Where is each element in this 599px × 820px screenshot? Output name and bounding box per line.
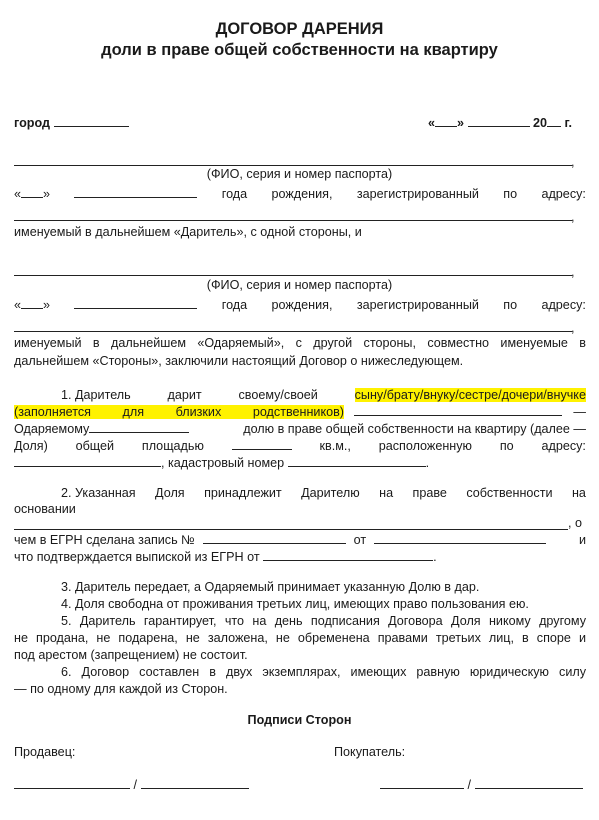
word: года: [222, 298, 247, 312]
word: Доля): [14, 439, 48, 453]
party2-day-blank[interactable]: [21, 297, 43, 309]
party1-birth-blank[interactable]: [74, 186, 197, 198]
address-blank[interactable]: [14, 455, 161, 467]
cadastral-blank[interactable]: [288, 455, 426, 467]
seller-name-blank[interactable]: [141, 777, 249, 789]
text: долю в праве общей собственности на квар…: [243, 422, 586, 436]
quote-open: «: [428, 116, 435, 130]
word: рождения,: [272, 298, 333, 312]
text: от: [354, 533, 367, 547]
fill-note-highlight: (заполняется для близких родственников): [14, 405, 344, 419]
clause5-line2: не продана, не подарена, не заложена, не…: [14, 631, 586, 645]
seller-label: Продавец:: [14, 745, 75, 759]
party2-birth-blank[interactable]: [74, 297, 197, 309]
party2-birth-row: «» года рождения, зарегистрированный по …: [14, 297, 586, 312]
relative-blank[interactable]: [354, 404, 562, 416]
word: кв.м.,: [320, 439, 351, 453]
city-field: город: [14, 115, 129, 130]
word: близких: [176, 405, 222, 419]
word: площадью: [142, 439, 204, 453]
clause5-line3: под арестом (запрещением) не состоит.: [14, 648, 248, 662]
word: по: [503, 187, 517, 201]
party1-birth-day: «»: [14, 186, 50, 201]
party2-name-line[interactable]: [14, 275, 572, 276]
clause1-line2: (заполняется для близких родственников) …: [14, 404, 586, 419]
word: Дарителю: [301, 486, 360, 500]
buyer-signature: /: [380, 777, 583, 792]
text: что подтверждается выпиской из ЕГРН от: [14, 550, 260, 564]
seller-signature-blank[interactable]: [14, 777, 130, 789]
quote-close: »: [457, 116, 464, 130]
party2-address-line[interactable]: [14, 331, 572, 332]
extract-date-blank[interactable]: [263, 549, 433, 561]
party2-birth-day: «»: [14, 297, 50, 312]
recipient-blank[interactable]: [89, 421, 189, 433]
word: 1. Даритель: [61, 388, 131, 402]
party2-named-as-2: дальнейшем «Стороны», заключили настоящи…: [14, 354, 463, 368]
text: Одаряемому: [14, 422, 89, 436]
city-label: город: [14, 116, 50, 130]
word: по: [500, 439, 514, 453]
party1-address-line[interactable]: [14, 220, 572, 221]
clause4: 4. Доля свободна от проживания третьих л…: [61, 597, 529, 611]
year-suffix: г.: [565, 116, 572, 130]
party2-named-as-1: именуемый в дальнейшем «Одаряемый», с др…: [14, 336, 586, 350]
text: , кадастровый номер: [161, 456, 284, 470]
month-blank[interactable]: [468, 115, 530, 127]
word: собственности: [466, 486, 552, 500]
year-prefix: 20: [533, 116, 547, 130]
word: расположенную: [379, 439, 472, 453]
party1-named-as: именуемый в дальнейшем «Даритель», с одн…: [14, 225, 362, 239]
word: родственников): [253, 405, 344, 419]
relatives-highlight: сыну/брату/внуку/сестре/дочери/внучке: [355, 388, 586, 402]
record-date-blank[interactable]: [374, 532, 546, 544]
word: рождения,: [272, 187, 333, 201]
clause2-line2: основании: [14, 502, 76, 516]
dash: —: [573, 405, 586, 419]
word: на: [572, 486, 586, 500]
day-blank[interactable]: [435, 115, 457, 127]
clause6-line2: — по одному для каждой из Сторон.: [14, 682, 228, 696]
date-field: «» 20 г.: [428, 115, 572, 130]
buyer-signature-blank[interactable]: [380, 777, 464, 789]
text: .: [433, 550, 437, 564]
word: для: [123, 405, 145, 419]
clause6-line1: 6. Договор составлен в двух экземплярах,…: [61, 665, 586, 679]
word: Доля: [155, 486, 185, 500]
city-blank[interactable]: [54, 115, 129, 127]
word: (заполняется: [14, 405, 91, 419]
buyer-name-blank[interactable]: [475, 777, 583, 789]
clause1-line3: Одаряемому долю в праве общей собственно…: [14, 421, 586, 436]
text: чем в ЕГРН сделана запись №: [14, 533, 195, 547]
clause2-line4: чем в ЕГРН сделана запись № от и: [14, 532, 586, 547]
separator: /: [468, 778, 472, 792]
comma: ,: [571, 321, 575, 335]
clause3: 3. Даритель передает, а Одаряемый приним…: [61, 580, 479, 594]
clause2-line1: 2. Указанная Доля принадлежит Дарителю н…: [61, 486, 586, 500]
word: общей: [76, 439, 114, 453]
party1-name-line[interactable]: [14, 165, 572, 166]
word: по: [503, 298, 517, 312]
seller-signature: /: [14, 777, 249, 792]
word: своему/своей: [238, 388, 317, 402]
separator: /: [134, 778, 138, 792]
word: адресу:: [541, 298, 585, 312]
clause5-line1: 5. Даритель гарантирует, что на день под…: [61, 614, 586, 628]
word: зарегистрированный: [357, 187, 479, 201]
party1-day-blank[interactable]: [21, 186, 43, 198]
clause2-line3-end: , о: [568, 516, 582, 530]
party2-caption: (ФИО, серия и номер паспорта): [0, 278, 599, 292]
document-title: ДОГОВОР ДАРЕНИЯ: [0, 20, 599, 39]
word: праве: [413, 486, 447, 500]
buyer-label: Покупатель:: [334, 745, 405, 759]
word: на: [379, 486, 393, 500]
comma: ,: [571, 210, 575, 224]
clause1-line4: Доля) общей площадью кв.м., расположенну…: [14, 438, 586, 453]
party1-caption: (ФИО, серия и номер паспорта): [0, 167, 599, 181]
word: принадлежит: [204, 486, 282, 500]
area-blank[interactable]: [232, 438, 292, 450]
word: адресу:: [541, 187, 585, 201]
comma: ,: [571, 265, 575, 279]
clause2-line5: что подтверждается выпиской из ЕГРН от .: [14, 549, 437, 564]
record-number-blank[interactable]: [203, 532, 346, 544]
signatures-heading: Подписи Сторон: [0, 713, 599, 727]
party1-birth-row: «» года рождения, зарегистрированный по …: [14, 186, 586, 201]
clause1-line5: , кадастровый номер .: [14, 455, 429, 470]
word: 2. Указанная: [61, 486, 136, 500]
document-subtitle: доли в праве общей собственности на квар…: [0, 41, 599, 60]
clause1-line1: 1. Даритель дарит своему/своей сыну/брат…: [61, 388, 586, 402]
word: зарегистрированный: [357, 298, 479, 312]
text: .: [426, 456, 430, 470]
word: года: [222, 187, 247, 201]
word: адресу:: [541, 439, 585, 453]
word: дарит: [168, 388, 202, 402]
year-blank[interactable]: [547, 115, 561, 127]
basis-blank[interactable]: [14, 529, 568, 530]
text: и: [579, 533, 586, 547]
